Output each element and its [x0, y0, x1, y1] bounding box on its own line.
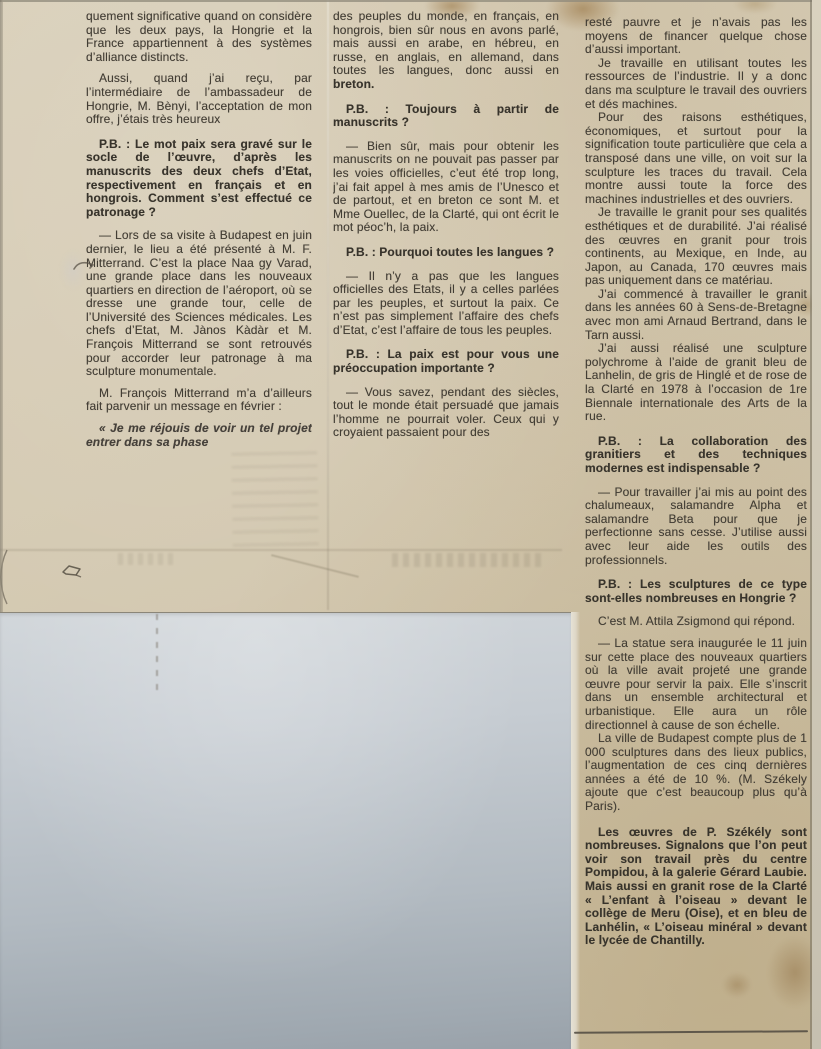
- paragraph: resté pauvre et je n’avais pas les moyen…: [585, 16, 807, 57]
- paragraph: P.B. : Le mot paix sera gravé sur le soc…: [86, 138, 312, 220]
- paragraph: — Pour travailler j’ai mis au point des …: [585, 486, 807, 568]
- paragraph: P.B. : Toujours à partir de manuscrits ?: [333, 103, 559, 130]
- article-column-3: resté pauvre et je n’avais pas les moyen…: [585, 16, 807, 1030]
- scan-right-margin: [812, 0, 821, 1049]
- paragraph: — Vous savez, pendant des siècles, tout …: [333, 386, 559, 440]
- article-column-1: quement significative quand on considère…: [86, 10, 312, 550]
- scan-left-edge: [0, 0, 3, 612]
- paragraph: Pour des raisons esthétiques, économique…: [585, 111, 807, 206]
- paragraph: quement significative quand on considère…: [86, 10, 312, 64]
- paragraph: Les œuvres de P. Székély sont nombreuses…: [585, 826, 807, 948]
- paragraph: — La statue sera inaugurée le 11 juin su…: [585, 637, 807, 732]
- paragraph: J’ai commencé à travailler le granit dan…: [585, 288, 807, 342]
- paragraph: C’est M. Attila Zsigmond qui répond.: [585, 615, 807, 629]
- paragraph: P.B. : La collaboration des granitiers e…: [585, 435, 807, 476]
- paragraph: Je travaille en utilisant toutes les res…: [585, 57, 807, 111]
- paragraph: M. François Mitterrand m’a d’ailleurs fa…: [86, 387, 312, 414]
- paragraph: — Lors de sa visite à Budapest en juin d…: [86, 229, 312, 379]
- scan-top-edge: [0, 0, 821, 2]
- paragraph: Je travaille le granit pour ses qualités…: [585, 206, 807, 288]
- paragraph: La ville de Budapest compte plus de 1 00…: [585, 732, 807, 814]
- paragraph: Aussi, quand j’ai reçu, par l’intermédia…: [86, 72, 312, 126]
- bold-word: breton.: [333, 77, 375, 91]
- article-column-2: des peuples du monde, en français, en ho…: [333, 10, 559, 550]
- clipping-cut-edge: [571, 612, 580, 1049]
- paragraph: P.B. : La paix est pour vous une préoccu…: [333, 348, 559, 375]
- paragraph: J’ai aussi réalisé une sculpture polychr…: [585, 342, 807, 424]
- paragraph: P.B. : Pourquoi toutes les langues ?: [333, 246, 559, 260]
- paragraph: — Bien sûr, mais pour obtenir les manusc…: [333, 140, 559, 235]
- gray-backing-paper: [0, 612, 572, 1049]
- scanned-page: quement significative quand on considère…: [0, 0, 821, 1049]
- paragraph: P.B. : Les sculptures de ce type sont-el…: [585, 578, 807, 605]
- paragraph: des peuples du monde, en français, en ho…: [333, 10, 559, 92]
- paragraph: — Il n’y a pas que les langues officiell…: [333, 270, 559, 338]
- paragraph: « Je me réjouis de voir un tel projet en…: [86, 422, 312, 449]
